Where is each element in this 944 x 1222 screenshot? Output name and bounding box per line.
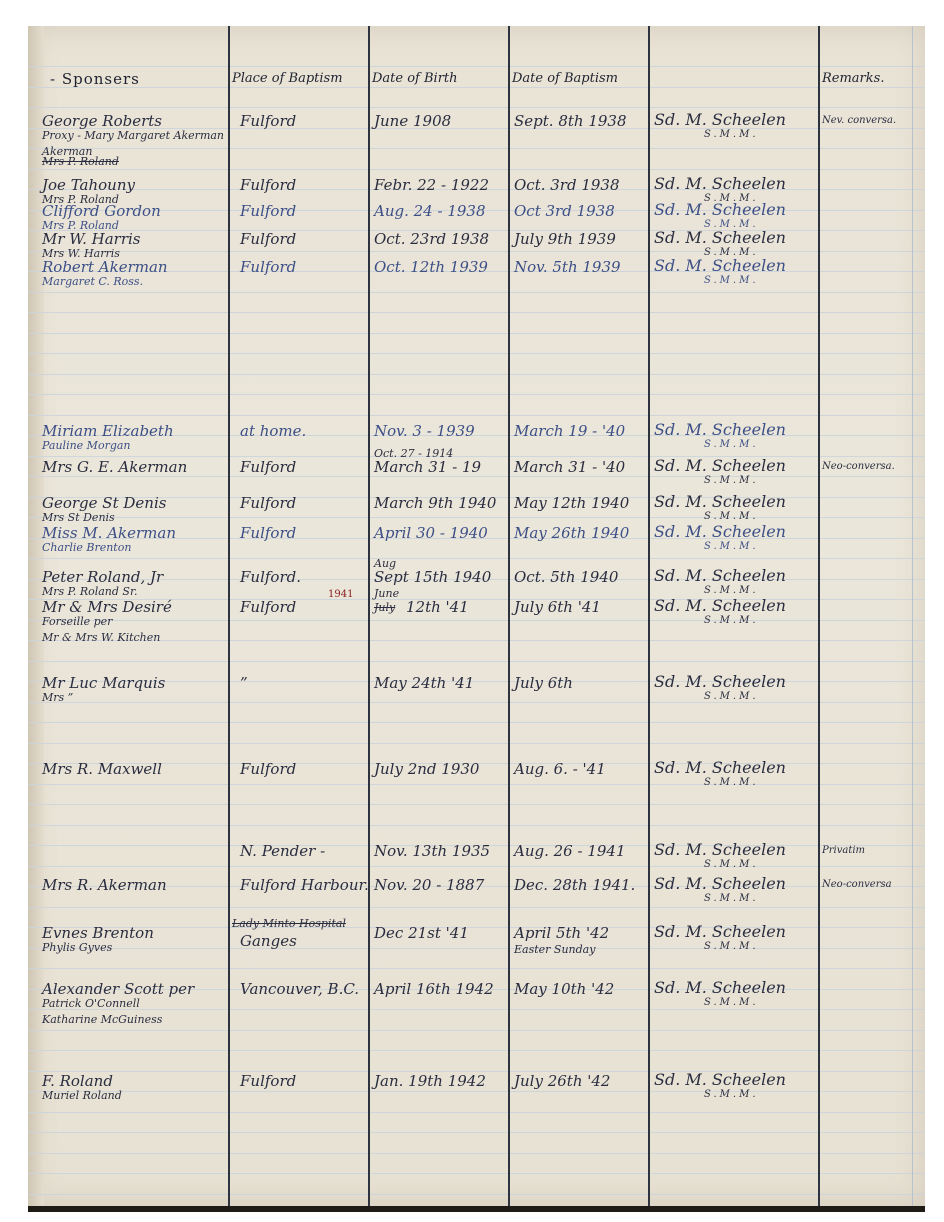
sponsor-struck: Mrs P. Roland: [42, 156, 119, 167]
sponsor-name: Robert Akerman: [42, 260, 168, 275]
officiant-signature: Sd. M. Scheelen: [654, 494, 786, 510]
page-margin-line: [912, 26, 913, 1206]
officiant-initials: S.M.M.: [704, 130, 759, 140]
ruled-line: [28, 743, 925, 744]
ruled-line: [28, 620, 925, 621]
ruled-line: [28, 333, 925, 334]
birth-date-correction: June: [374, 588, 399, 599]
date-of-birth: Jan. 19th 1942: [374, 1074, 486, 1089]
sponsor-name: Alexander Scott per: [42, 982, 194, 997]
date-of-birth: April 16th 1942: [374, 982, 494, 997]
officiant-initials: S.M.M.: [704, 692, 759, 702]
officiant-initials: S.M.M.: [704, 440, 759, 450]
ruled-line: [28, 517, 925, 518]
header-date-of-baptism: Date of Baptism: [512, 72, 618, 85]
ruled-line: [28, 169, 925, 170]
sponsor-name: Mr W. Harris: [42, 232, 141, 247]
sponsor-name: Clifford Gordon: [42, 204, 161, 219]
date-of-baptism: Nov. 5th 1939: [514, 260, 621, 275]
ruled-line: [28, 251, 925, 252]
ruled-line: [28, 107, 925, 108]
date-of-baptism: March 19 - '40: [514, 424, 625, 439]
register-page: - Sponsers Place of Baptism Date of Birt…: [28, 26, 925, 1212]
date-of-baptism: Oct 3rd 1938: [514, 204, 615, 219]
place-of-baptism: Vancouver, B.C.: [240, 982, 359, 997]
sponsor-name: Mrs P. Roland Sr.: [42, 586, 138, 597]
ruled-line: [28, 907, 925, 908]
officiant-initials: S.M.M.: [704, 542, 759, 552]
ruled-line: [28, 456, 925, 457]
place-of-baptism: ”: [240, 676, 248, 691]
date-of-birth: Oct. 12th 1939: [374, 260, 488, 275]
sponsor-name: Peter Roland, Jr: [42, 570, 163, 585]
date-of-birth: March 9th 1940: [374, 496, 496, 511]
sponsor-name: Mrs ”: [42, 692, 73, 703]
date-of-baptism: Dec. 28th 1941.: [514, 878, 635, 893]
place-of-baptism: Fulford: [240, 1074, 296, 1089]
sponsor-name: Joe Tahouny: [42, 178, 135, 193]
date-of-birth: Febr. 22 - 1922: [374, 178, 489, 193]
ruled-line: [28, 927, 925, 928]
sponsor-name: Mr & Mrs Desiré: [42, 600, 172, 615]
column-divider: [818, 26, 820, 1206]
officiant-initials: S.M.M.: [704, 616, 759, 626]
sponsor-name: Pauline Morgan: [42, 440, 131, 451]
ruled-line: [28, 866, 925, 867]
officiant-signature: Sd. M. Scheelen: [654, 674, 786, 690]
place-of-baptism: Fulford: [240, 526, 296, 541]
ruled-line: [28, 394, 925, 395]
place-of-baptism: Fulford: [240, 204, 296, 219]
ruled-line: [28, 292, 925, 293]
date-of-birth: Aug. 24 - 1938: [374, 204, 486, 219]
place-of-baptism: Fulford: [240, 260, 296, 275]
place-of-baptism: Fulford: [240, 114, 296, 129]
ruled-line: [28, 640, 925, 641]
officiant-signature: Sd. M. Scheelen: [654, 598, 786, 614]
place-struck: Lady Minto Hospital: [232, 918, 346, 929]
remarks: Privatim: [822, 846, 865, 856]
header-remarks: Remarks.: [822, 72, 884, 85]
date-of-birth: Sept 15th 1940: [374, 570, 491, 585]
ruled-line: [28, 1112, 925, 1113]
sponsor-name: George Roberts: [42, 114, 162, 129]
place-of-baptism: N. Pender -: [240, 844, 325, 859]
officiant-initials: S.M.M.: [704, 778, 759, 788]
ruled-line: [28, 1153, 925, 1154]
officiant-initials: S.M.M.: [704, 1090, 759, 1100]
place-of-baptism: at home.: [240, 424, 306, 439]
ruled-line: [28, 312, 925, 313]
ruled-line: [28, 558, 925, 559]
officiant-signature: Sd. M. Scheelen: [654, 876, 786, 892]
officiant-initials: S.M.M.: [704, 586, 759, 596]
sponsor-name: Miss M. Akerman: [42, 526, 176, 541]
officiant-initials: S.M.M.: [704, 860, 759, 870]
ruled-line: [28, 784, 925, 785]
ruled-line: [28, 476, 925, 477]
ruled-line: [28, 1173, 925, 1174]
header-sponsors: - Sponsers: [50, 72, 140, 87]
officiant-signature: Sd. M. Scheelen: [654, 176, 786, 192]
place-of-baptism: Fulford.: [240, 570, 301, 585]
officiant-signature: Sd. M. Scheelen: [654, 524, 786, 540]
place-of-baptism: Fulford: [240, 600, 296, 615]
place-of-baptism: Fulford Harbour.: [240, 878, 369, 893]
officiant-signature: Sd. M. Scheelen: [654, 112, 786, 128]
officiant-signature: Sd. M. Scheelen: [654, 458, 786, 474]
year-note: 1941: [328, 590, 353, 600]
ruled-line: [28, 1009, 925, 1010]
date-of-birth: Dec 21st '41: [374, 926, 469, 941]
sponsor-name: Katharine McGuiness: [42, 1014, 162, 1025]
officiant-signature: Sd. M. Scheelen: [654, 842, 786, 858]
column-divider: [648, 26, 650, 1206]
date-of-birth: Nov. 3 - 1939: [374, 424, 475, 439]
sponsor-name: Margaret C. Ross.: [42, 276, 143, 287]
sponsor-name: George St Denis: [42, 496, 166, 511]
ruled-line: [28, 148, 925, 149]
sponsor-name: Mrs St Denis: [42, 512, 115, 523]
sponsor-name: Mrs R. Maxwell: [42, 762, 162, 777]
officiant-signature: Sd. M. Scheelen: [654, 1072, 786, 1088]
officiant-initials: S.M.M.: [704, 276, 759, 286]
sponsor-name: Mrs G. E. Akerman: [42, 460, 187, 475]
date-of-birth: July 2nd 1930: [374, 762, 479, 777]
officiant-signature: Sd. M. Scheelen: [654, 422, 786, 438]
date-of-baptism: Aug. 6. - '41: [514, 762, 606, 777]
ruled-line: [28, 66, 925, 67]
ruled-line: [28, 1091, 925, 1092]
place-of-baptism: Ganges: [240, 934, 297, 949]
column-divider: [508, 26, 510, 1206]
date-of-baptism: Sept. 8th 1938: [514, 114, 627, 129]
ruled-line: [28, 1050, 925, 1051]
date-of-baptism: May 10th '42: [514, 982, 614, 997]
officiant-signature: Sd. M. Scheelen: [654, 568, 786, 584]
date-of-birth: June 1908: [374, 114, 451, 129]
column-divider: [228, 26, 230, 1206]
date-of-baptism: July 26th '42: [514, 1074, 610, 1089]
ruled-line: [28, 722, 925, 723]
ruled-line: [28, 87, 925, 88]
header-place-of-baptism: Place of Baptism: [232, 72, 343, 85]
sponsor-name: Miriam Elizabeth: [42, 424, 174, 439]
ruled-line: [28, 702, 925, 703]
ruled-line: [28, 374, 925, 375]
sponsor-name: Patrick O'Connell: [42, 998, 140, 1009]
ruled-line: [28, 1132, 925, 1133]
column-divider: [368, 26, 370, 1206]
ruled-line: [28, 804, 925, 805]
sponsor-name: Forseille per: [42, 616, 112, 627]
sponsor-name: F. Roland: [42, 1074, 113, 1089]
officiant-signature: Sd. M. Scheelen: [654, 202, 786, 218]
officiant-initials: S.M.M.: [704, 512, 759, 522]
sponsor-name: Evnes Brenton: [42, 926, 154, 941]
ruled-line: [28, 1030, 925, 1031]
officiant-signature: Sd. M. Scheelen: [654, 980, 786, 996]
sponsor-name: Proxy - Mary Margaret Akerman: [42, 130, 224, 141]
ruled-line: [28, 1194, 925, 1195]
date-of-baptism: Oct. 3rd 1938: [514, 178, 620, 193]
officiant-signature: Sd. M. Scheelen: [654, 230, 786, 246]
birth-struck: July: [374, 602, 395, 613]
place-of-baptism: Fulford: [240, 232, 296, 247]
ruled-line: [28, 968, 925, 969]
sponsor-name: Mr & Mrs W. Kitchen: [42, 632, 160, 643]
date-of-birth: May 24th '41: [374, 676, 474, 691]
ruled-line: [28, 353, 925, 354]
remarks: Nev. conversa.: [822, 116, 896, 126]
sponsor-name: Charlie Brenton: [42, 542, 131, 553]
date-of-baptism: July 9th 1939: [514, 232, 616, 247]
sponsor-name: Mr Luc Marquis: [42, 676, 165, 691]
date-of-baptism: July 6th: [514, 676, 573, 691]
date-of-baptism: July 6th '41: [514, 600, 601, 615]
date-of-birth: Nov. 13th 1935: [374, 844, 490, 859]
baptism-note: Easter Sunday: [514, 944, 595, 955]
date-of-birth: Nov. 20 - 1887: [374, 878, 484, 893]
officiant-initials: S.M.M.: [704, 942, 759, 952]
sponsor-name: Muriel Roland: [42, 1090, 122, 1101]
place-of-baptism: Fulford: [240, 762, 296, 777]
officiant-signature: Sd. M. Scheelen: [654, 258, 786, 274]
date-of-baptism: April 5th '42: [514, 926, 609, 941]
sponsor-name: Mrs R. Akerman: [42, 878, 167, 893]
remarks: Neo-conversa: [822, 880, 892, 890]
ruled-line: [28, 825, 925, 826]
remarks: Neo-conversa.: [822, 462, 895, 472]
date-of-baptism: Oct. 5th 1940: [514, 570, 618, 585]
date-of-baptism: March 31 - '40: [514, 460, 625, 475]
place-of-baptism: Fulford: [240, 496, 296, 511]
date-of-birth: April 30 - 1940: [374, 526, 488, 541]
officiant-initials: S.M.M.: [704, 998, 759, 1008]
ruled-line: [28, 661, 925, 662]
date-of-baptism: Aug. 26 - 1941: [514, 844, 626, 859]
officiant-initials: S.M.M.: [704, 476, 759, 486]
officiant-signature: Sd. M. Scheelen: [654, 760, 786, 776]
officiant-initials: S.M.M.: [704, 894, 759, 904]
ruled-line: [28, 415, 925, 416]
sponsor-name: Phylis Gyves: [42, 942, 112, 953]
header-date-of-birth: Date of Birth: [372, 72, 458, 85]
place-of-baptism: Fulford: [240, 460, 296, 475]
place-of-baptism: Fulford: [240, 178, 296, 193]
officiant-signature: Sd. M. Scheelen: [654, 924, 786, 940]
date-of-birth: Oct. 23rd 1938: [374, 232, 489, 247]
date-of-baptism: May 12th 1940: [514, 496, 629, 511]
date-of-birth: 12th '41: [406, 600, 469, 615]
ruled-line: [28, 948, 925, 949]
date-of-baptism: May 26th 1940: [514, 526, 629, 541]
date-of-birth: March 31 - 19: [374, 460, 481, 475]
